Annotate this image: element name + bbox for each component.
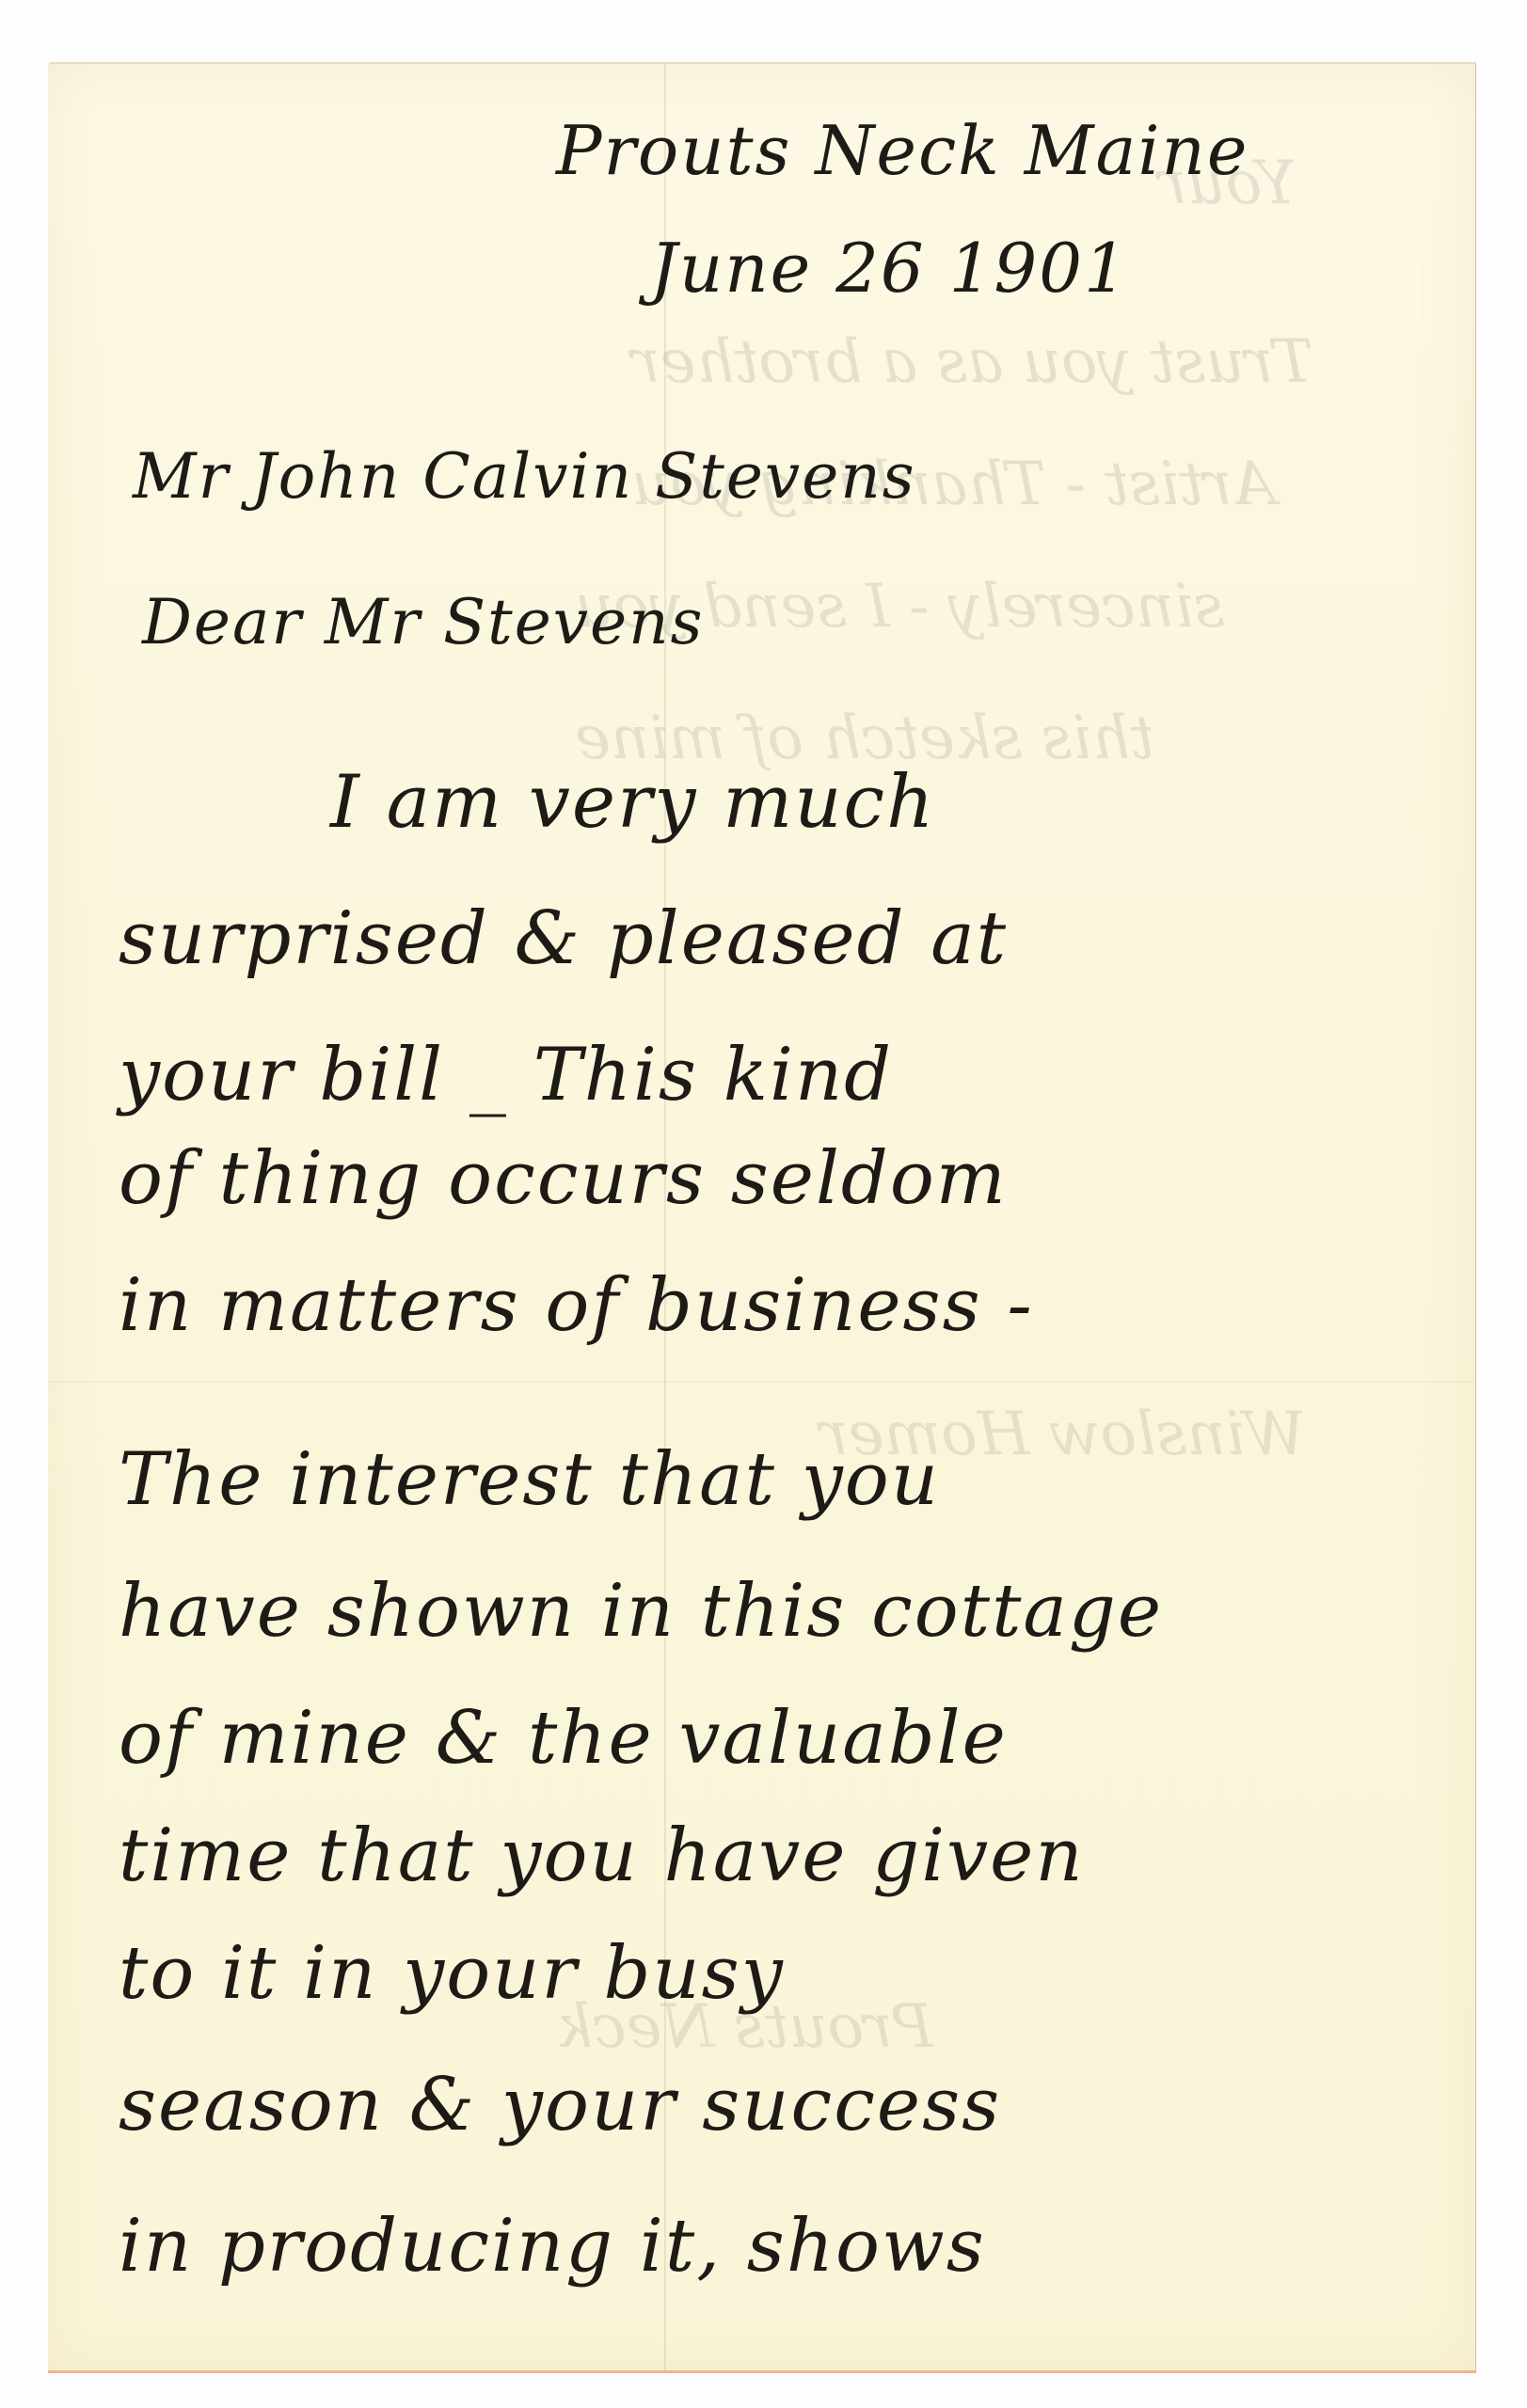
letter-body-line: I am very much — [330, 760, 935, 845]
letter-body-line: time that you have given — [119, 1814, 1085, 1898]
bleed-through-text: Trust you as a brother — [631, 327, 1313, 397]
letter-body-line: your bill _ This kind — [119, 1033, 893, 1117]
letter-body-line: to it in your busy — [119, 1931, 785, 2016]
letter-body-line: of mine & the valuable — [119, 1696, 1008, 1781]
letter-date: June 26 1901 — [650, 229, 1129, 308]
letter-body-line: in matters of business - — [119, 1263, 1034, 1348]
letter-place: Prouts Neck Maine — [556, 111, 1249, 190]
letter-body-line: of thing occurs seldom — [119, 1136, 1008, 1221]
horizontal-fold-crease — [48, 1381, 1475, 1383]
letter-salutation: Dear Mr Stevens — [142, 586, 704, 658]
letter-body-line: The interest that you — [119, 1437, 940, 1522]
letter-recipient: Mr John Calvin Stevens — [133, 440, 916, 513]
letter-body-line: have shown in this cottage — [119, 1569, 1163, 1654]
letter-body-line: in producing it, shows — [119, 2204, 986, 2289]
letter-page: Your Trust you as a brother Artist - Tha… — [48, 62, 1476, 2373]
letter-body-line: season & your success — [119, 2063, 1001, 2147]
letter-body-line: surprised & pleased at — [119, 896, 1008, 981]
